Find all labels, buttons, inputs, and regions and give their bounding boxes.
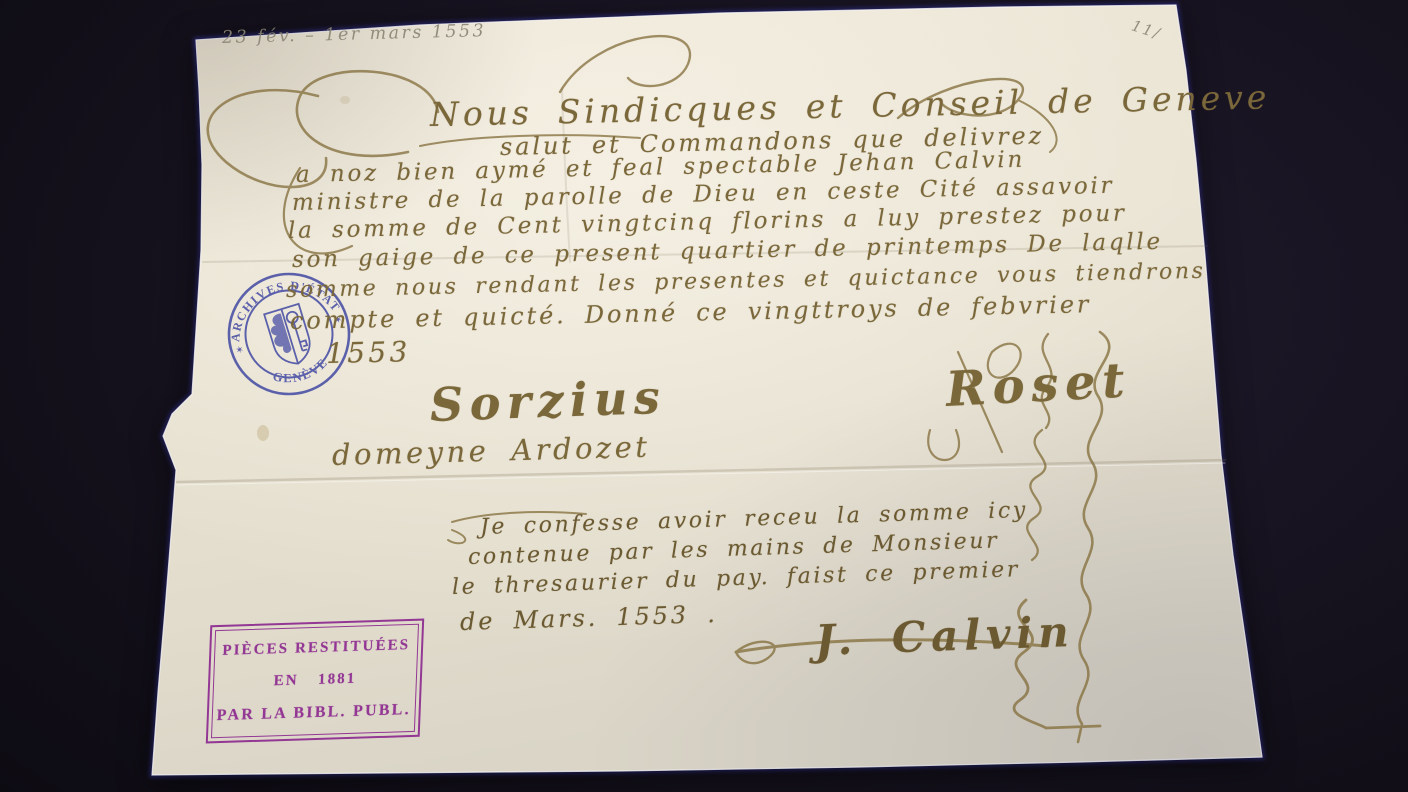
restitution-rect-stamp: PIÈCES RESTITUÉES EN 1881 PAR LA BIBL. P… <box>206 619 424 744</box>
rect-stamp-line: PAR LA BIBL. PUBL. <box>216 701 411 725</box>
rect-stamp-line: EN 1881 <box>273 671 356 691</box>
signature-calvin: J. Calvin <box>814 607 1075 665</box>
manuscript-line: 1553 <box>326 335 411 370</box>
signature-secretary-roset: Roset <box>945 352 1133 418</box>
photo-of-manuscript: ARCHIVES D'ÉTAT GENÈVE ✶ ✶ <box>0 0 1408 792</box>
rect-stamp-line: PIÈCES RESTITUÉES <box>222 637 410 660</box>
rect-stamp-inner-border: PIÈCES RESTITUÉES EN 1881 PAR LA BIBL. P… <box>211 624 419 739</box>
signature-official: Sorzius <box>429 370 667 432</box>
